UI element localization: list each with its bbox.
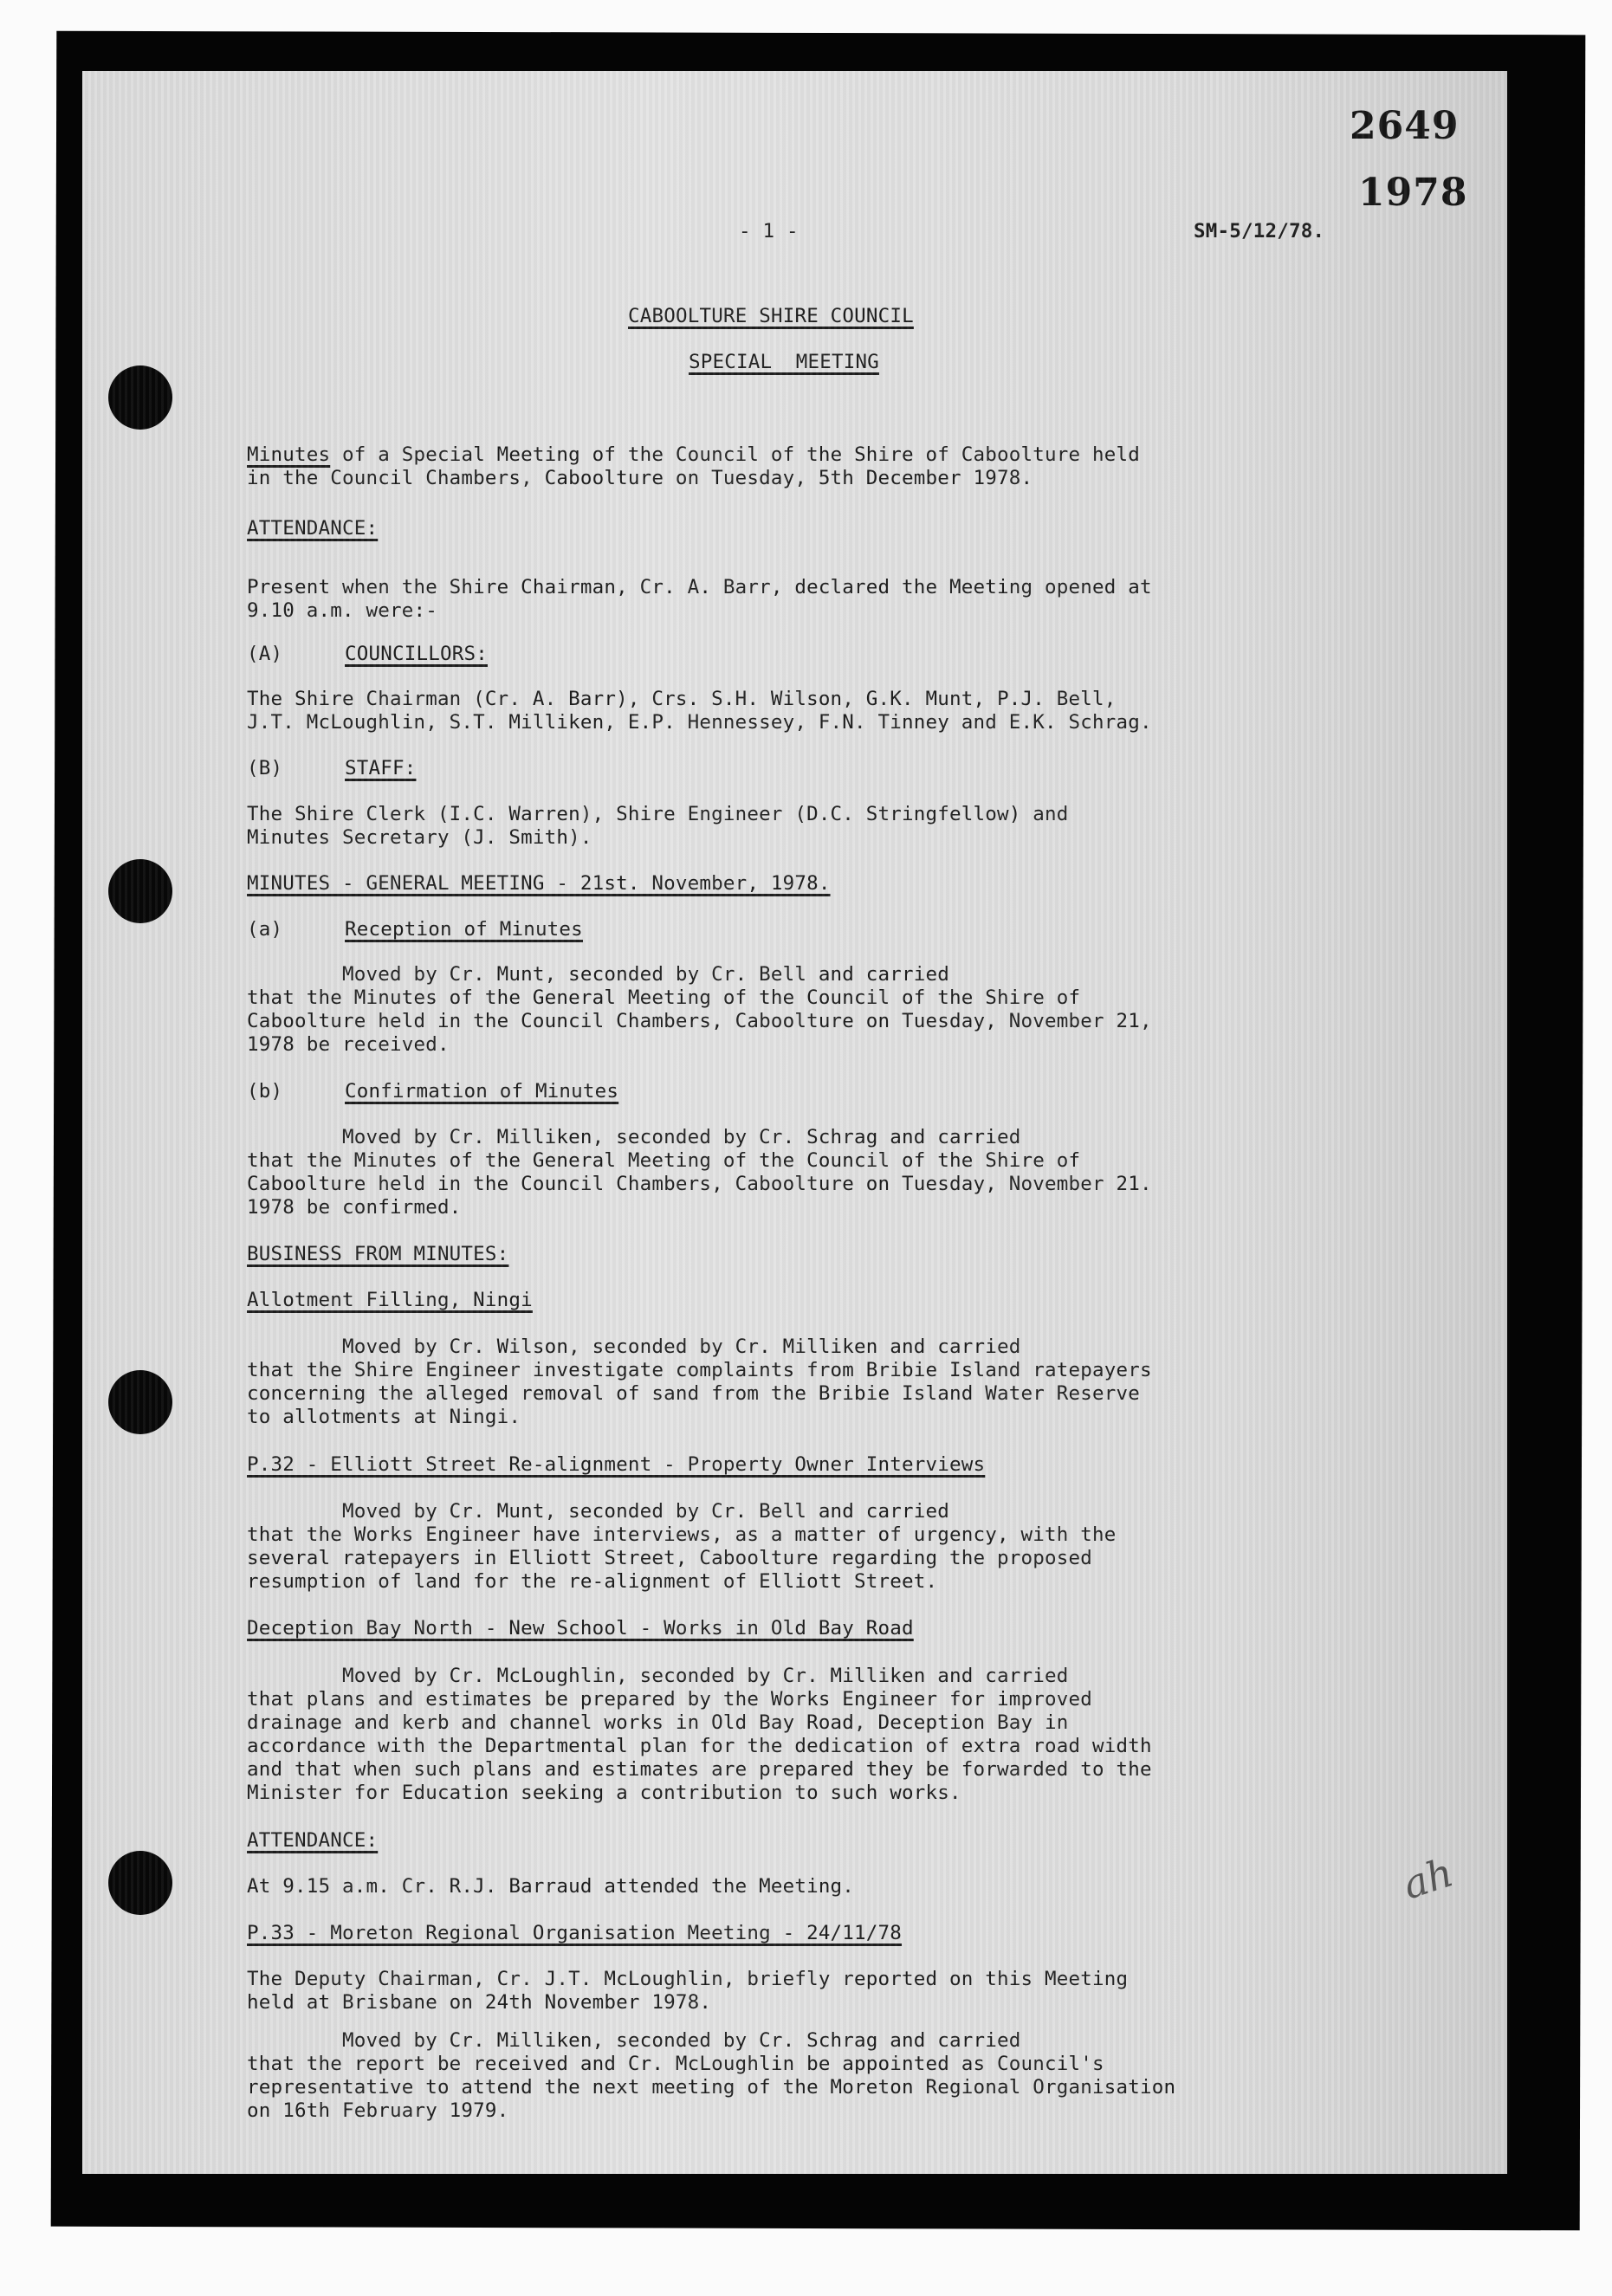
business-item-line: Minister for Education seeking a contrib… bbox=[247, 1782, 961, 1805]
councillors-line: J.T. McLoughlin, S.T. Milliken, E.P. Hen… bbox=[247, 711, 1152, 734]
staff-heading: STAFF: bbox=[345, 757, 416, 780]
attendance-line: Present when the Shire Chairman, Cr. A. … bbox=[247, 576, 1152, 599]
reference-code: SM-5/12/78. bbox=[1194, 220, 1324, 243]
business-item-line: Moved by Cr. Wilson, seconded by Cr. Mil… bbox=[247, 1336, 1021, 1359]
business-item-line: Moved by Cr. Munt, seconded by Cr. Bell … bbox=[247, 1500, 949, 1523]
business-item-line: Moved by Cr. McLoughlin, seconded by Cr.… bbox=[247, 1665, 1068, 1688]
councillors-line: The Shire Chairman (Cr. A. Barr), Crs. S… bbox=[247, 688, 1116, 711]
business-heading: BUSINESS FROM MINUTES: bbox=[247, 1243, 508, 1266]
business-item-line: accordance with the Departmental plan fo… bbox=[247, 1735, 1152, 1758]
staff-line: Minutes Secretary (J. Smith). bbox=[247, 826, 592, 850]
minutes-lead-word: Minutes bbox=[247, 443, 330, 466]
moreton-motion-line: on 16th February 1979. bbox=[247, 2099, 508, 2123]
reception-line: 1978 be received. bbox=[247, 1033, 450, 1057]
reception-line: Moved by Cr. Munt, seconded by Cr. Bell … bbox=[247, 963, 949, 986]
punch-hole bbox=[108, 1370, 172, 1434]
confirmation-label: (b) bbox=[247, 1080, 282, 1103]
reception-heading: Reception of Minutes bbox=[345, 918, 583, 941]
councillors-heading: COUNCILLORS: bbox=[345, 643, 488, 666]
business-item-line: drainage and kerb and channel works in O… bbox=[247, 1711, 1068, 1735]
document-page: 2649 1978 - 1 - SM-5/12/78. CABOOLTURE S… bbox=[82, 71, 1507, 2174]
attendance-line: 9.10 a.m. were:- bbox=[247, 599, 437, 623]
business-item-heading: P.32 - Elliott Street Re-alignment - Pro… bbox=[247, 1453, 985, 1477]
business-item-line: concerning the alleged removal of sand f… bbox=[247, 1382, 1140, 1406]
business-item-line: several ratepayers in Elliott Street, Ca… bbox=[247, 1547, 1092, 1570]
confirmation-line: 1978 be confirmed. bbox=[247, 1196, 461, 1219]
staff-label: (B) bbox=[247, 757, 282, 780]
punch-hole bbox=[108, 365, 172, 430]
folio-year: 1978 bbox=[1358, 171, 1467, 215]
confirmation-line: Caboolture held in the Council Chambers,… bbox=[247, 1173, 1152, 1196]
moreton-report-line: held at Brisbane on 24th November 1978. bbox=[247, 1991, 711, 2015]
confirmation-line: Moved by Cr. Milliken, seconded by Cr. S… bbox=[247, 1126, 1021, 1149]
reception-label: (a) bbox=[247, 918, 282, 941]
business-item-line: and that when such plans and estimates a… bbox=[247, 1758, 1152, 1782]
moreton-motion-line: Moved by Cr. Milliken, seconded by Cr. S… bbox=[247, 2029, 1021, 2053]
business-item-line: that plans and estimates be prepared by … bbox=[247, 1688, 1092, 1711]
business-item-line: resumption of land for the re-alignment … bbox=[247, 1570, 937, 1594]
reception-line: Caboolture held in the Council Chambers,… bbox=[247, 1010, 1152, 1033]
folio-number: 2649 bbox=[1350, 104, 1459, 148]
intro-line-1: Minutes of a Special Meeting of the Coun… bbox=[247, 443, 1140, 467]
staff-line: The Shire Clerk (I.C. Warren), Shire Eng… bbox=[247, 803, 1068, 826]
attendance2-line: At 9.15 a.m. Cr. R.J. Barraud attended t… bbox=[247, 1875, 854, 1898]
punch-hole bbox=[108, 1851, 172, 1915]
intro-line-2: in the Council Chambers, Caboolture on T… bbox=[247, 467, 1033, 490]
handwritten-initials: ah bbox=[1397, 1849, 1459, 1909]
attendance-heading: ATTENDANCE: bbox=[247, 517, 378, 540]
business-item-line: that the Shire Engineer investigate comp… bbox=[247, 1359, 1152, 1382]
confirmation-heading: Confirmation of Minutes bbox=[345, 1080, 618, 1103]
councillors-label: (A) bbox=[247, 643, 282, 666]
moreton-report-line: The Deputy Chairman, Cr. J.T. McLoughlin… bbox=[247, 1968, 1128, 1991]
moreton-motion-line: that the report be received and Cr. McLo… bbox=[247, 2053, 1104, 2076]
moreton-motion-line: representative to attend the next meetin… bbox=[247, 2076, 1175, 2099]
meeting-title: SPECIAL MEETING bbox=[689, 351, 879, 374]
confirmation-line: that the Minutes of the General Meeting … bbox=[247, 1149, 1080, 1173]
business-item-line: that the Works Engineer have interviews,… bbox=[247, 1523, 1116, 1547]
punch-hole bbox=[108, 859, 172, 923]
attendance2-heading: ATTENDANCE: bbox=[247, 1829, 378, 1853]
page-number: - 1 - bbox=[739, 220, 799, 243]
reception-line: that the Minutes of the General Meeting … bbox=[247, 986, 1080, 1010]
general-meeting-heading: MINUTES - GENERAL MEETING - 21st. Novemb… bbox=[247, 872, 831, 896]
business-item-heading: Deception Bay North - New School - Works… bbox=[247, 1617, 914, 1640]
council-title: CABOOLTURE SHIRE COUNCIL bbox=[628, 305, 914, 328]
business-item-line: to allotments at Ningi. bbox=[247, 1406, 521, 1429]
business-item-heading: Allotment Filling, Ningi bbox=[247, 1289, 533, 1312]
moreton-heading: P.33 - Moreton Regional Organisation Mee… bbox=[247, 1922, 902, 1945]
